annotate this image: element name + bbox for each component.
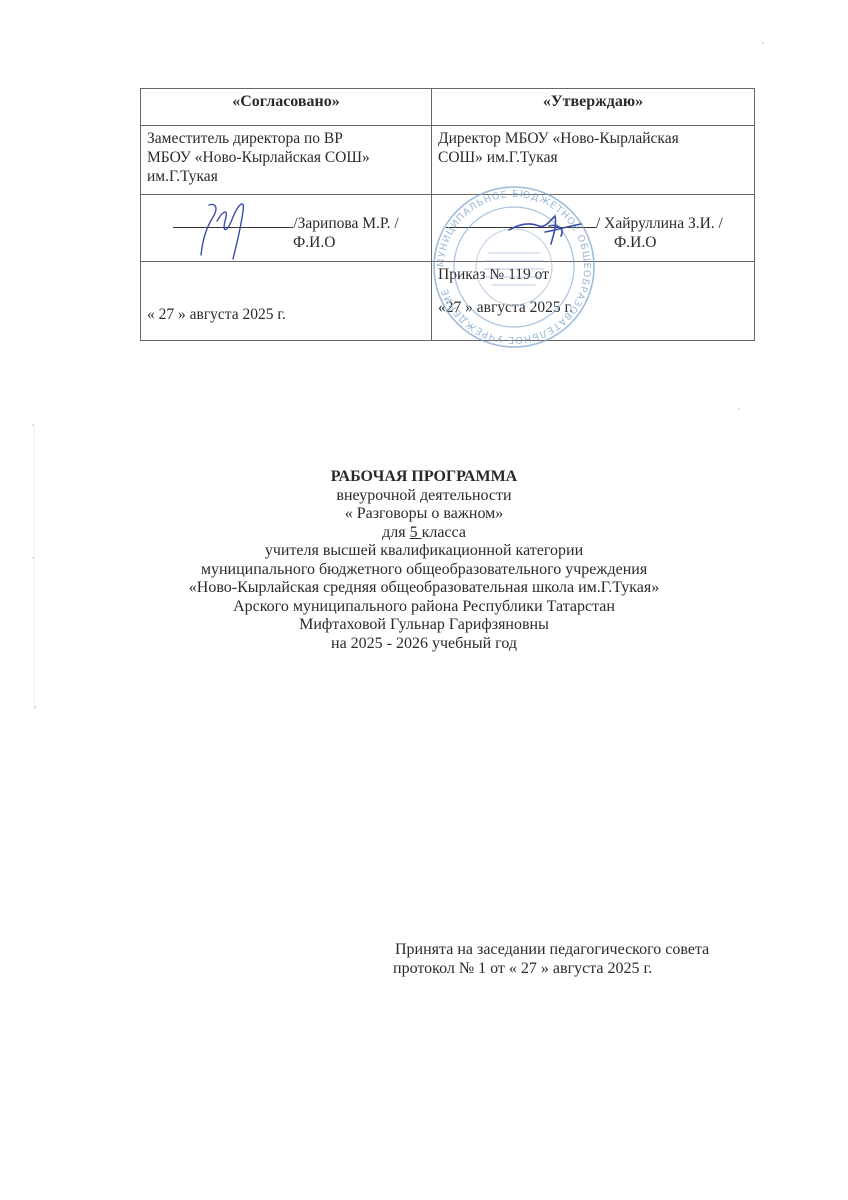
approval-header-row: «Согласовано» «Утверждаю» bbox=[141, 89, 755, 126]
approved-signature-name: / Хайруллина З.И. / bbox=[596, 215, 723, 232]
agreed-date: « 27 » августа 2025 г. bbox=[147, 305, 425, 324]
signature-line bbox=[446, 227, 596, 228]
scan-speck bbox=[32, 424, 34, 426]
council-acceptance-note: Принята на заседании педагогического сов… bbox=[393, 941, 709, 978]
grade-number: 5 bbox=[410, 524, 422, 541]
protocol-line: протокол № 1 от « 27 » августа 2025 г. bbox=[393, 960, 709, 979]
agreed-signature-name: /Зарипова М.Р. / bbox=[293, 215, 398, 232]
date-row: « 27 » августа 2025 г. Приказ № 119 от «… bbox=[141, 262, 755, 341]
program-grade: для 5 класса bbox=[0, 524, 848, 543]
approved-position-line: СОШ» им.Г.Тукая bbox=[438, 148, 748, 167]
teacher-category: учителя высшей квалификационной категори… bbox=[0, 542, 848, 561]
approved-position-line: Директор МБОУ «Ново-Кырлайская bbox=[438, 129, 748, 148]
scan-speck bbox=[762, 42, 764, 44]
signature-line bbox=[173, 227, 293, 228]
agreed-position-line: МБОУ «Ново-Кырлайская СОШ» bbox=[147, 148, 425, 167]
teacher-name: Мифтаховой Гульнар Гарифзяновны bbox=[0, 616, 848, 635]
scan-speck bbox=[32, 557, 34, 559]
agreed-fio-caption: Ф.И.О bbox=[147, 233, 425, 252]
academic-year: на 2025 - 2026 учебный год bbox=[0, 635, 848, 654]
order-number: Приказ № 119 от bbox=[438, 265, 748, 284]
agreed-position-line: Заместитель директора по ВР bbox=[147, 129, 425, 148]
program-type: внеурочной деятельности bbox=[0, 487, 848, 506]
program-heading: РАБОЧАЯ ПРОГРАММА bbox=[0, 468, 848, 487]
approved-fio-caption: Ф.И.О bbox=[438, 233, 748, 252]
approved-signature-cell: / Хайруллина З.И. / Ф.И.О bbox=[432, 195, 755, 262]
district-name: Арского муниципального района Республики… bbox=[0, 598, 848, 617]
agreed-position: Заместитель директора по ВР МБОУ «Ново-К… bbox=[141, 126, 432, 195]
institution-type: муниципального бюджетного общеобразовате… bbox=[0, 561, 848, 580]
acceptance-line: Принята на заседании педагогического сов… bbox=[393, 941, 709, 960]
position-row: Заместитель директора по ВР МБОУ «Ново-К… bbox=[141, 126, 755, 195]
document-page: «Согласовано» «Утверждаю» Заместитель ди… bbox=[0, 0, 848, 1200]
scan-margin-mark bbox=[34, 425, 36, 710]
approved-date-cell: Приказ № 119 от «27 » августа 2025 г. bbox=[432, 262, 755, 341]
approved-position: Директор МБОУ «Ново-Кырлайская СОШ» им.Г… bbox=[432, 126, 755, 195]
program-name: « Разговоры о важном» bbox=[0, 505, 848, 524]
approved-date: «27 » августа 2025 г. bbox=[438, 298, 748, 317]
approved-header: «Утверждаю» bbox=[432, 89, 755, 126]
scan-speck bbox=[34, 706, 36, 708]
agreed-date-cell: « 27 » августа 2025 г. bbox=[141, 262, 432, 341]
institution-name: «Ново-Кырлайская средняя общеобразовател… bbox=[0, 579, 848, 598]
agreed-header: «Согласовано» bbox=[141, 89, 432, 126]
scan-speck bbox=[738, 408, 740, 410]
agreed-signature-cell: /Зарипова М.Р. / Ф.И.О bbox=[141, 195, 432, 262]
program-title-block: РАБОЧАЯ ПРОГРАММА внеурочной деятельност… bbox=[0, 468, 848, 653]
approval-table: «Согласовано» «Утверждаю» Заместитель ди… bbox=[140, 88, 755, 341]
signature-row: /Зарипова М.Р. / Ф.И.О / Хайруллина З.И.… bbox=[141, 195, 755, 262]
agreed-position-line: им.Г.Тукая bbox=[147, 167, 425, 186]
